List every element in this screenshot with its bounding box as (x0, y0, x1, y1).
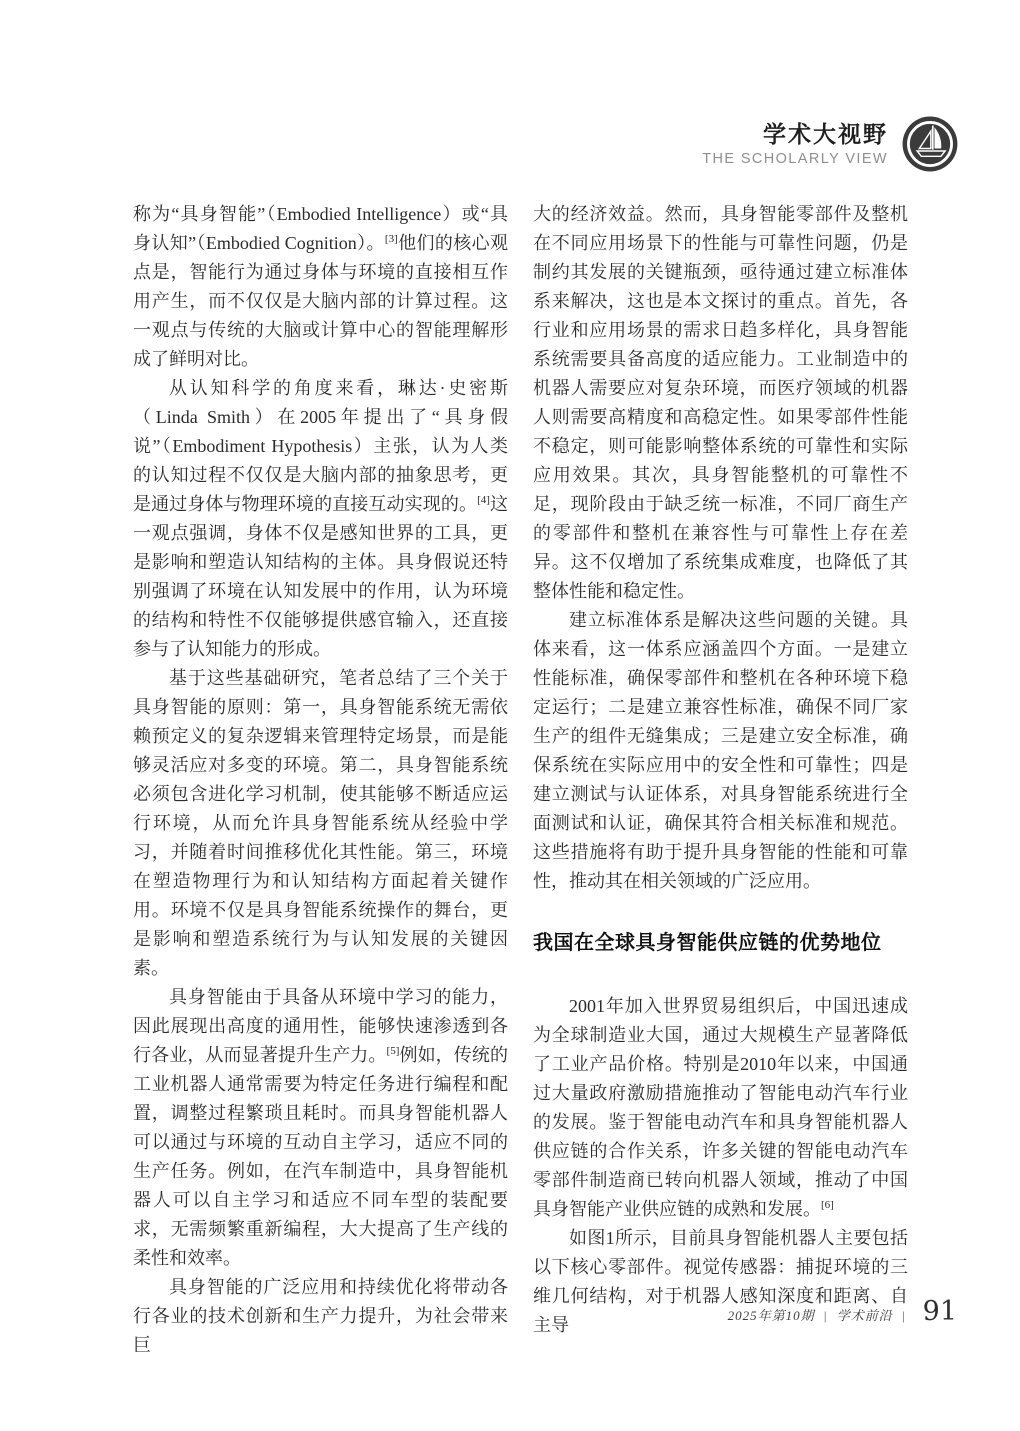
section-label: 学术前沿 (837, 1308, 893, 1323)
paragraph: 从认知科学的角度来看，琳达·史密斯（Linda Smith）在2005年提出了“… (133, 374, 508, 664)
paragraph: 基于这些基础研究，笔者总结了三个关于具身智能的原则：第一，具身智能系统无需依赖预… (133, 664, 508, 983)
article-body: 称为“具身智能”（Embodied Intelligence）或“具身认知”（E… (133, 200, 908, 1360)
paragraph: 大的经济效益。然而，具身智能零部件及整机在不同应用场景下的性能与可靠性问题，仍是… (533, 200, 908, 606)
paragraph: 具身智能由于具备从环境中学习的能力，因此展现出高度的通用性，能够快速渗透到各行各… (133, 983, 508, 1273)
footer-meta: 2025年第10期 | 学术前沿 | (728, 1305, 911, 1324)
page-number: 91 (923, 1296, 957, 1327)
paragraph: 建立标准体系是解决这些问题的关键。具体来看，这一体系应涵盖四个方面。一是建立性能… (533, 606, 908, 896)
journal-page: 学术大视野 THE SCHOLARLY VIEW 称为“具身智能”（Embodi… (0, 0, 1020, 1431)
section-heading: 我国在全球具身智能供应链的优势地位 (533, 928, 908, 958)
footer-separator: | (824, 1308, 828, 1323)
sailboat-logo-icon (902, 116, 958, 172)
right-column: 大的经济效益。然而，具身智能零部件及整机在不同应用场景下的性能与可靠性问题，仍是… (533, 200, 908, 1360)
column-title-english: THE SCHOLARLY VIEW (702, 151, 888, 167)
paragraph: 2001年加入世界贸易组织后，中国迅速成为全球制造业大国，通过大规模生产显著降低… (533, 992, 908, 1224)
left-column: 称为“具身智能”（Embodied Intelligence）或“具身认知”（E… (133, 200, 508, 1360)
footer-separator: | (902, 1308, 906, 1323)
paragraph: 称为“具身智能”（Embodied Intelligence）或“具身认知”（E… (133, 200, 508, 374)
issue-label: 2025年第10期 (728, 1308, 815, 1323)
column-title-chinese: 学术大视野 (702, 122, 888, 148)
paragraph: 具身智能的广泛应用和持续优化将带动各行各业的技术创新和生产力提升，为社会带来巨 (133, 1273, 508, 1360)
page-header: 学术大视野 THE SCHOLARLY VIEW (702, 116, 958, 172)
column-title-block: 学术大视野 THE SCHOLARLY VIEW (702, 122, 888, 167)
page-footer: 2025年第10期 | 学术前沿 | 91 (728, 1296, 957, 1327)
